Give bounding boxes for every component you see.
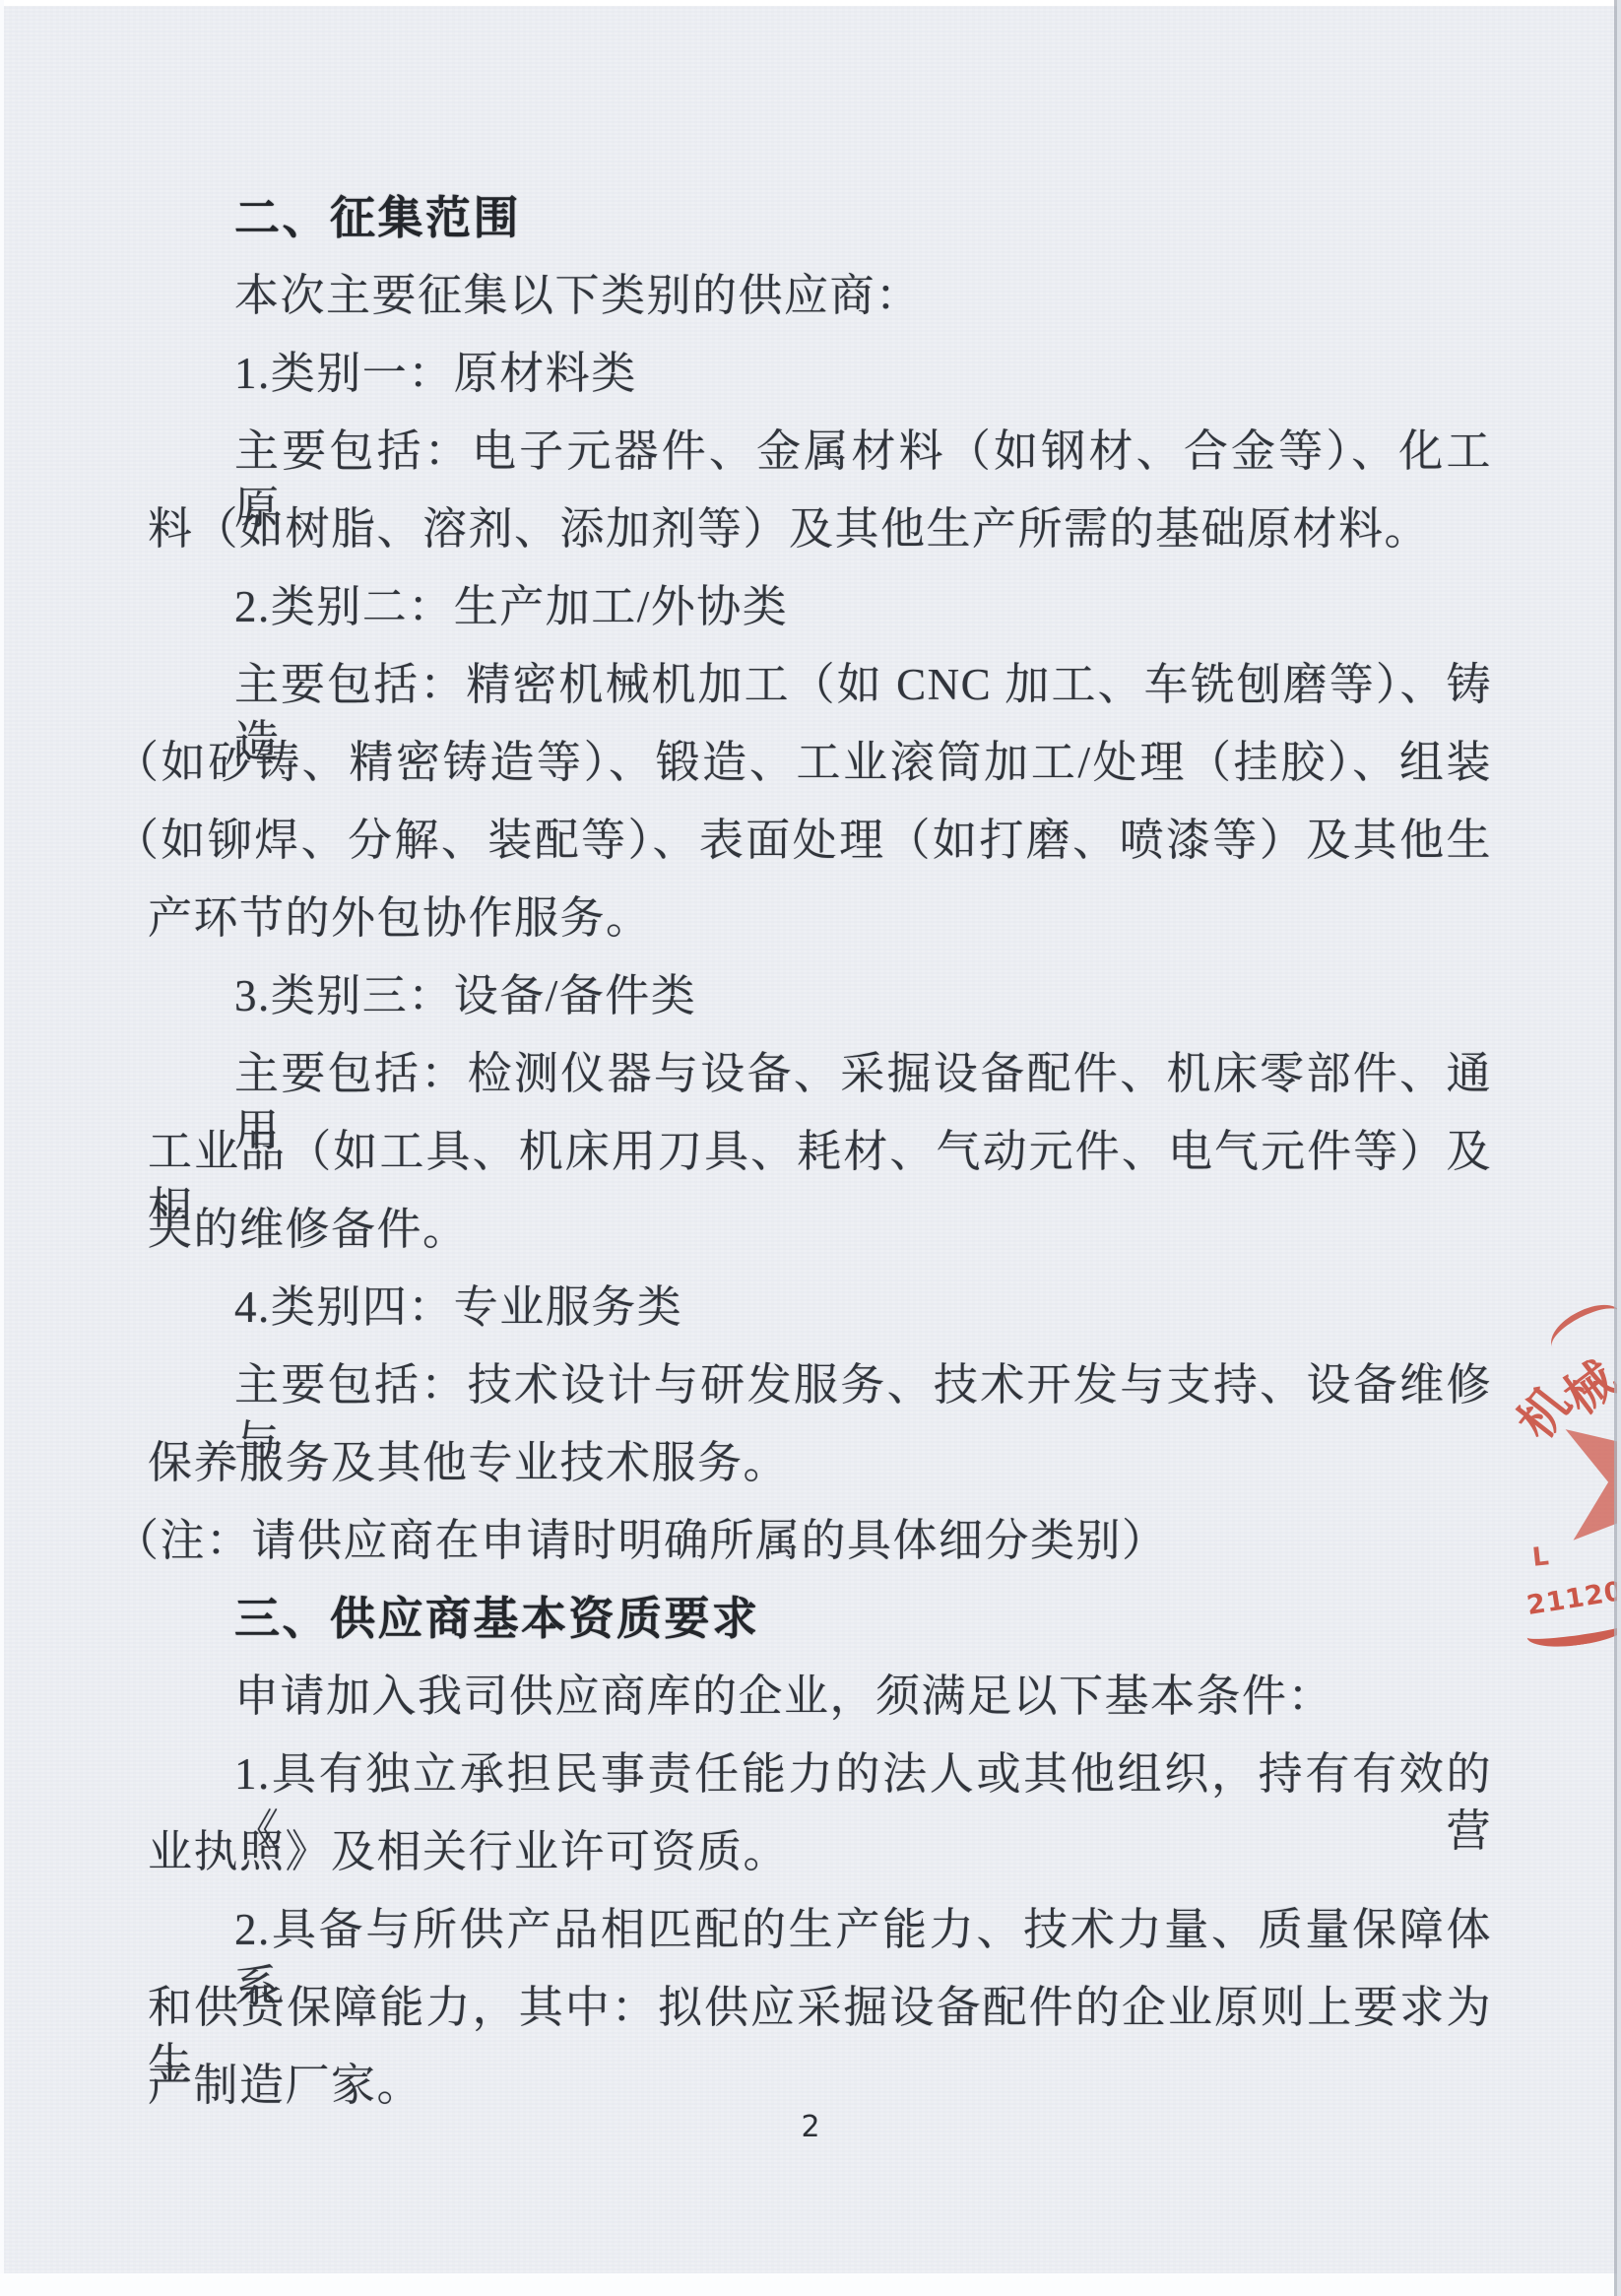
text-line: 料（如树脂、溶剂、添加剂等）及其他生产所需的基础原材料。 <box>148 500 1492 578</box>
text-line: 1.具有独立承担民事责任能力的法人或其他组织，持有有效的《营 <box>234 1745 1492 1823</box>
text-line: （注：请供应商在申请时明确所属的具体细分类别） <box>114 1512 1492 1590</box>
text-line: 关的维修备件。 <box>148 1201 1492 1279</box>
text-line: （如砂铸、精密铸造等）、锻造、工业滚筒加工/处理（挂胶）、组装 <box>114 734 1492 812</box>
scan-edge-top <box>0 0 1621 6</box>
text-line: 保养服务及其他专业技术服务。 <box>148 1434 1492 1512</box>
text-line: 和供货保障能力，其中：拟供应采掘设备配件的企业原则上要求为生 <box>148 1979 1492 2057</box>
scan-edge-left <box>0 0 4 2296</box>
scan-edge-shadow-line <box>1614 0 1617 2296</box>
text-line: 主要包括：技术设计与研发服务、技术开发与支持、设备维修与 <box>234 1356 1492 1434</box>
document-body: 二、征集范围本次主要征集以下类别的供应商：1.类别一：原材料类主要包括：电子元器… <box>0 189 1621 2134</box>
text-line: 1.类别一：原材料类 <box>234 345 1492 423</box>
scan-edge-right <box>1617 0 1621 2296</box>
page-number: 2 <box>0 2110 1621 2144</box>
text-line: 本次主要征集以下类别的供应商： <box>234 267 1492 345</box>
text-line: 工业品（如工具、机床用刀具、耗材、气动元件、电气元件等）及相 <box>148 1123 1492 1201</box>
text-line: 2.类别二：生产加工/外协类 <box>234 578 1492 656</box>
text-line: （如铆焊、分解、装配等）、表面处理（如打磨、喷漆等）及其他生 <box>114 812 1492 889</box>
text-line: 二、征集范围 <box>234 189 1492 267</box>
text-line: 主要包括：检测仪器与设备、采掘设备配件、机床零部件、通用 <box>234 1045 1492 1123</box>
text-line: 主要包括：电子元器件、金属材料（如钢材、合金等）、化工原 <box>234 423 1492 500</box>
text-line: 3.类别三：设备/备件类 <box>234 967 1492 1045</box>
text-line: 主要包括：精密机械机加工（如 CNC 加工、车铣刨磨等）、铸造 <box>234 656 1492 734</box>
text-line: 产环节的外包协作服务。 <box>148 889 1492 967</box>
scanned-document-page: 二、征集范围本次主要征集以下类别的供应商：1.类别一：原材料类主要包括：电子元器… <box>0 0 1621 2296</box>
text-line: 申请加入我司供应商库的企业，须满足以下基本条件： <box>234 1668 1492 1745</box>
scan-edge-bottom <box>0 2273 1621 2296</box>
text-line: 2.具备与所供产品相匹配的生产能力、技术力量、质量保障体系 <box>234 1901 1492 1979</box>
text-line: 4.类别四：专业服务类 <box>234 1279 1492 1356</box>
text-line: 三、供应商基本资质要求 <box>234 1590 1492 1668</box>
